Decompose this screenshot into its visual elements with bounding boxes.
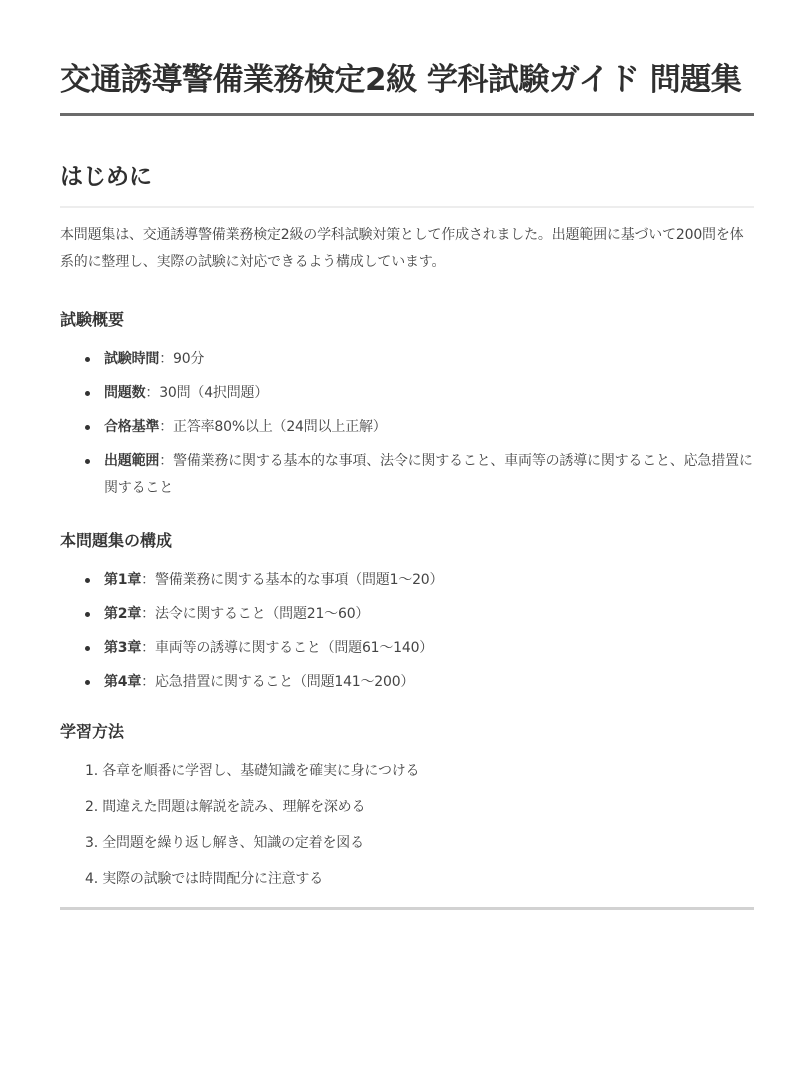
item-value: 正答率80%以上（24問以上正解） xyxy=(173,419,387,435)
item-separator: ： xyxy=(141,640,155,656)
chapter-label: 第4章 xyxy=(104,674,141,690)
item-separator: ： xyxy=(141,674,155,690)
chapter-description: 法令に関すること（問題21〜60） xyxy=(155,606,369,622)
intro-heading: はじめに xyxy=(60,160,754,194)
item-separator: ： xyxy=(145,385,159,401)
item-number: 4. xyxy=(85,871,98,887)
item-separator: ： xyxy=(141,572,155,588)
intro-paragraph: 本問題集は、交通誘導警備業務検定2級の学科試験対策として作成されました。出題範囲… xyxy=(60,222,754,276)
item-separator: ： xyxy=(141,606,155,622)
item-text: 実際の試験では時間配分に注意する xyxy=(102,871,323,887)
item-separator: ： xyxy=(159,453,173,469)
list-item: 1. 各章を順番に学習し、基礎知識を確実に身につける xyxy=(85,758,754,785)
list-item: 合格基準：正答率80%以上（24問以上正解） xyxy=(104,414,754,441)
item-value: 警備業務に関する基本的な事項、法令に関すること、車両等の誘導に関すること、応急措… xyxy=(104,453,753,496)
chapter-label: 第2章 xyxy=(104,606,141,622)
list-item: 第2章：法令に関すること（問題21〜60） xyxy=(104,601,754,628)
list-item: 第4章：応急措置に関すること（問題141〜200） xyxy=(104,669,754,696)
document-title: 交通誘導警備業務検定2級 学科試験ガイド 問題集 xyxy=(60,52,754,109)
structure-list: 第1章：警備業務に関する基本的な事項（問題1〜20） 第2章：法令に関すること（… xyxy=(60,567,754,696)
item-text: 各章を順番に学習し、基礎知識を確実に身につける xyxy=(102,763,419,779)
item-separator: ： xyxy=(159,419,173,435)
list-item: 出題範囲：警備業務に関する基本的な事項、法令に関すること、車両等の誘導に関するこ… xyxy=(104,448,754,502)
list-item: 第1章：警備業務に関する基本的な事項（問題1〜20） xyxy=(104,567,754,594)
end-divider xyxy=(60,907,754,910)
item-number: 1. xyxy=(85,763,98,779)
intro-heading-divider xyxy=(60,206,754,208)
list-item: 問題数：30問（4択問題） xyxy=(104,380,754,407)
structure-heading: 本問題集の構成 xyxy=(60,529,754,553)
item-text: 全問題を繰り返し解き、知識の定着を図る xyxy=(102,835,364,851)
list-item: 2. 間違えた問題は解説を読み、理解を深める xyxy=(85,794,754,821)
chapter-label: 第3章 xyxy=(104,640,141,656)
chapter-description: 警備業務に関する基本的な事項（問題1〜20） xyxy=(155,572,443,588)
intro-section: はじめに 本問題集は、交通誘導警備業務検定2級の学科試験対策として作成されました… xyxy=(60,160,754,276)
chapter-description: 応急措置に関すること（問題141〜200） xyxy=(155,674,414,690)
item-term: 合格基準 xyxy=(104,419,159,435)
list-item: 第3章：車両等の誘導に関すること（問題61〜140） xyxy=(104,635,754,662)
method-list: 1. 各章を順番に学習し、基礎知識を確実に身につける 2. 間違えた問題は解説を… xyxy=(60,758,754,893)
structure-section: 本問題集の構成 第1章：警備業務に関する基本的な事項（問題1〜20） 第2章：法… xyxy=(60,529,754,696)
overview-section: 試験概要 試験時間：90分 問題数：30問（4択問題） 合格基準：正答率80%以… xyxy=(60,308,754,502)
item-term: 試験時間 xyxy=(104,351,159,367)
item-number: 3. xyxy=(85,835,98,851)
item-term: 問題数 xyxy=(104,385,145,401)
list-item: 3. 全問題を繰り返し解き、知識の定着を図る xyxy=(85,830,754,857)
title-divider xyxy=(60,113,754,116)
overview-heading: 試験概要 xyxy=(60,308,754,332)
list-item: 4. 実際の試験では時間配分に注意する xyxy=(85,866,754,893)
chapter-label: 第1章 xyxy=(104,572,141,588)
item-text: 間違えた問題は解説を読み、理解を深める xyxy=(102,799,365,815)
item-separator: ： xyxy=(159,351,173,367)
list-item: 試験時間：90分 xyxy=(104,346,754,373)
chapter-description: 車両等の誘導に関すること（問題61〜140） xyxy=(155,640,433,656)
document-page: 交通誘導警備業務検定2級 学科試験ガイド 問題集 はじめに 本問題集は、交通誘導… xyxy=(60,0,754,910)
method-section: 学習方法 1. 各章を順番に学習し、基礎知識を確実に身につける 2. 間違えた問… xyxy=(60,720,754,893)
item-term: 出題範囲 xyxy=(104,453,159,469)
overview-list: 試験時間：90分 問題数：30問（4択問題） 合格基準：正答率80%以上（24問… xyxy=(60,346,754,502)
item-value: 30問（4択問題） xyxy=(159,385,268,401)
item-number: 2. xyxy=(85,799,98,815)
item-value: 90分 xyxy=(173,351,204,367)
method-heading: 学習方法 xyxy=(60,720,754,744)
